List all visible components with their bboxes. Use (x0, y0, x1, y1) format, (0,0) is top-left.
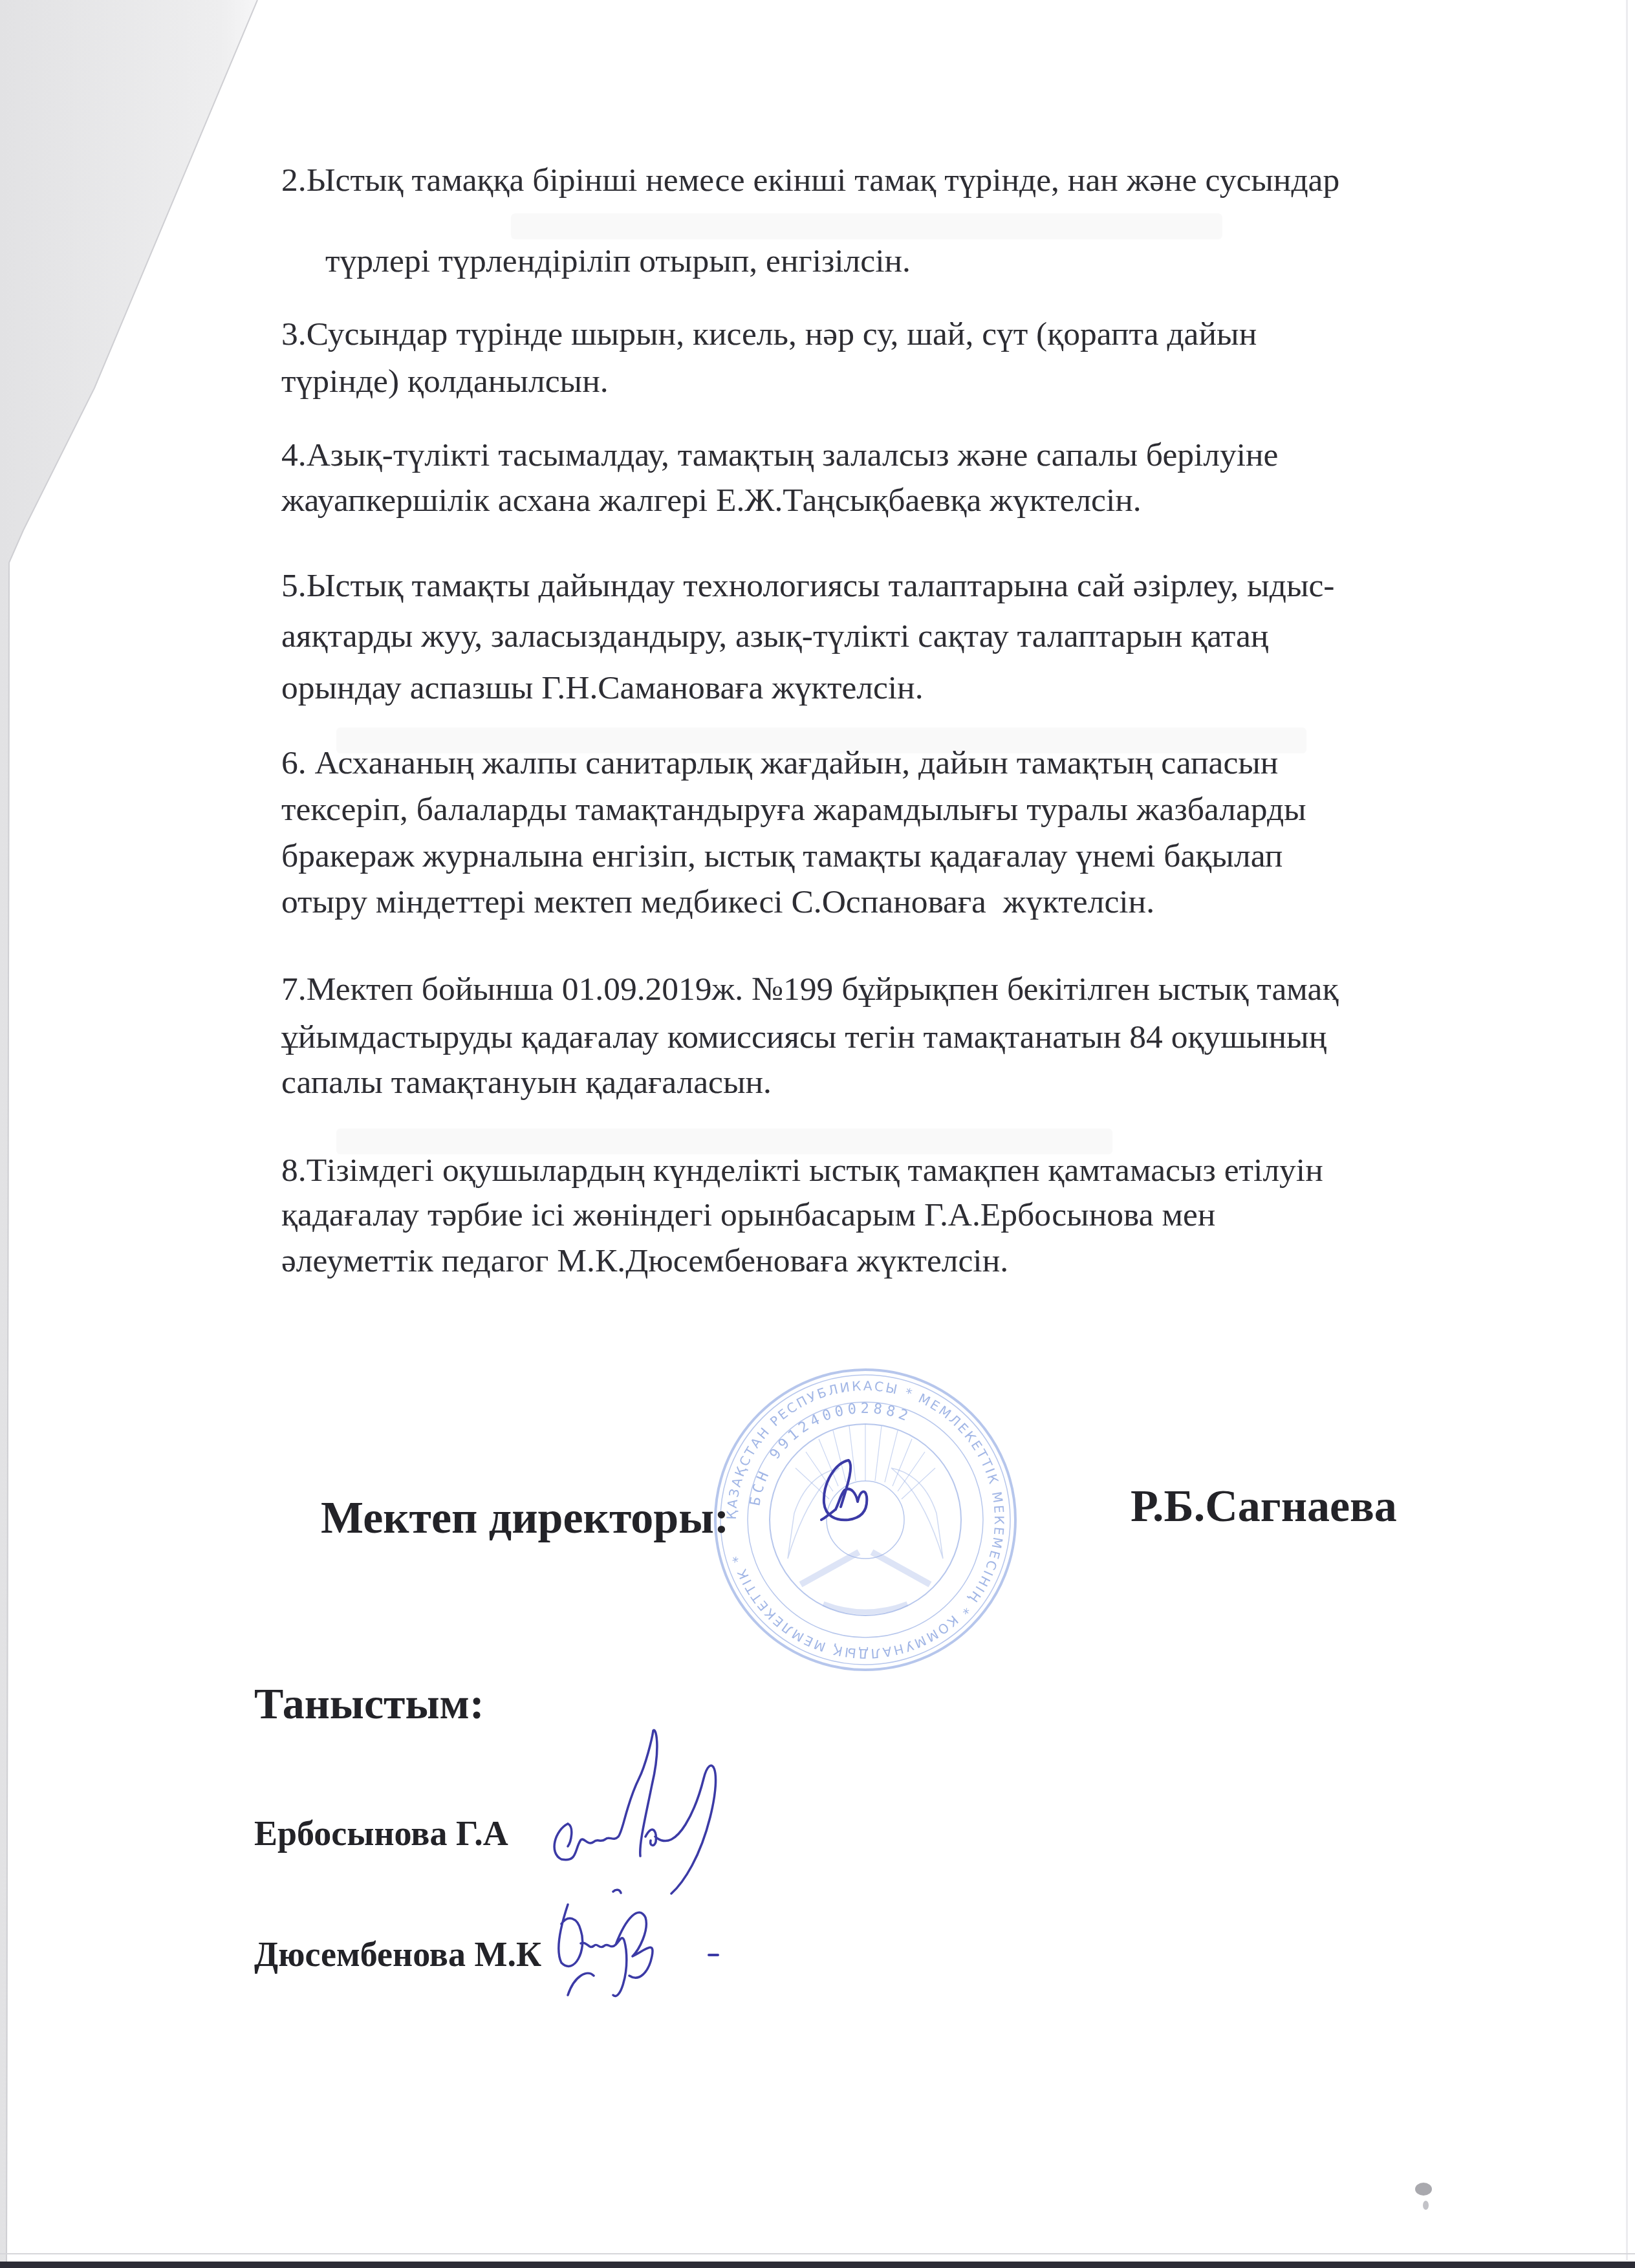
scan-bottom-rule (0, 2253, 1635, 2254)
paragraph-line: сапалы тамақтануын қадағаласын. (281, 1066, 772, 1099)
paragraph-line: 2.Ыстық тамаққа бірінші немесе екінші та… (281, 164, 1339, 197)
director-label: Мектеп директоры: (321, 1496, 729, 1541)
paragraph-line: 4.Азық-түлікті тасымалдау, тамақтың зала… (281, 438, 1278, 472)
acknowledger-signature (542, 1879, 736, 2008)
director-name: Р.Б.Сагнаева (1131, 1484, 1397, 1529)
paragraph-line: 3.Сусындар түрінде шырын, кисель, нәр су… (281, 318, 1257, 351)
paragraph-line: қадағалау тәрбие ісі жөніндегі орынбасар… (281, 1198, 1215, 1232)
director-signature (816, 1456, 874, 1528)
acknowledger-name: Ербосынова Г.А (254, 1816, 508, 1851)
acknowledger-name: Дюсембенова М.К (254, 1937, 541, 1972)
paragraph-line: тексеріп, балаларды тамақтандыруға жарам… (281, 793, 1306, 826)
acknowledger-signature (542, 1727, 736, 1901)
paragraph-line: 6. Асхананың жалпы санитарлық жағдайын, … (281, 746, 1278, 780)
paragraph-line: жауапкершілік асхана жалгері Е.Ж.Таңсықб… (281, 484, 1142, 517)
paragraph-line: орындау аспазшы Г.Н.Самановаға жүктелсін… (281, 671, 924, 705)
paragraph-line: түрінде) қолданылсын. (281, 365, 609, 398)
acknowledgement-heading: Таныстым: (254, 1681, 484, 1725)
paragraph-line: әлеуметтік педагог М.К.Дюсембеноваға жүк… (281, 1244, 1008, 1278)
scan-bottom-edge (0, 2262, 1635, 2268)
paragraph-line: отыру міндеттері мектеп медбикесі С.Оспа… (281, 885, 1154, 919)
paragraph-line: 8.Тізімдегі оқушылардың күнделікті ыстық… (281, 1154, 1323, 1187)
show-through-bleed (336, 1129, 1112, 1154)
show-through-bleed (511, 213, 1222, 239)
scanned-document-page: 2.Ыстық тамаққа бірінші немесе екінші та… (0, 0, 1635, 2268)
paragraph-line: аяқтарды жуу, заласыздандыру, азық-түлік… (281, 620, 1268, 653)
scan-speck (1415, 2183, 1432, 2196)
paragraph-line: ұйымдастыруды қадағалау комиссиясы тегін… (281, 1021, 1326, 1054)
scan-speck (1423, 2201, 1429, 2210)
paragraph-line: бракераж журналына енгізіп, ыстық тамақт… (281, 839, 1283, 873)
scan-right-edge (1626, 0, 1628, 2260)
paragraph-line: түрлері түрлендіріліп отырып, енгізілсін… (325, 244, 911, 278)
paragraph-line: 5.Ыстық тамақты дайындау технологиясы та… (281, 569, 1335, 603)
paragraph-line: 7.Мектеп бойынша 01.09.2019ж. №199 бұйры… (281, 973, 1338, 1006)
